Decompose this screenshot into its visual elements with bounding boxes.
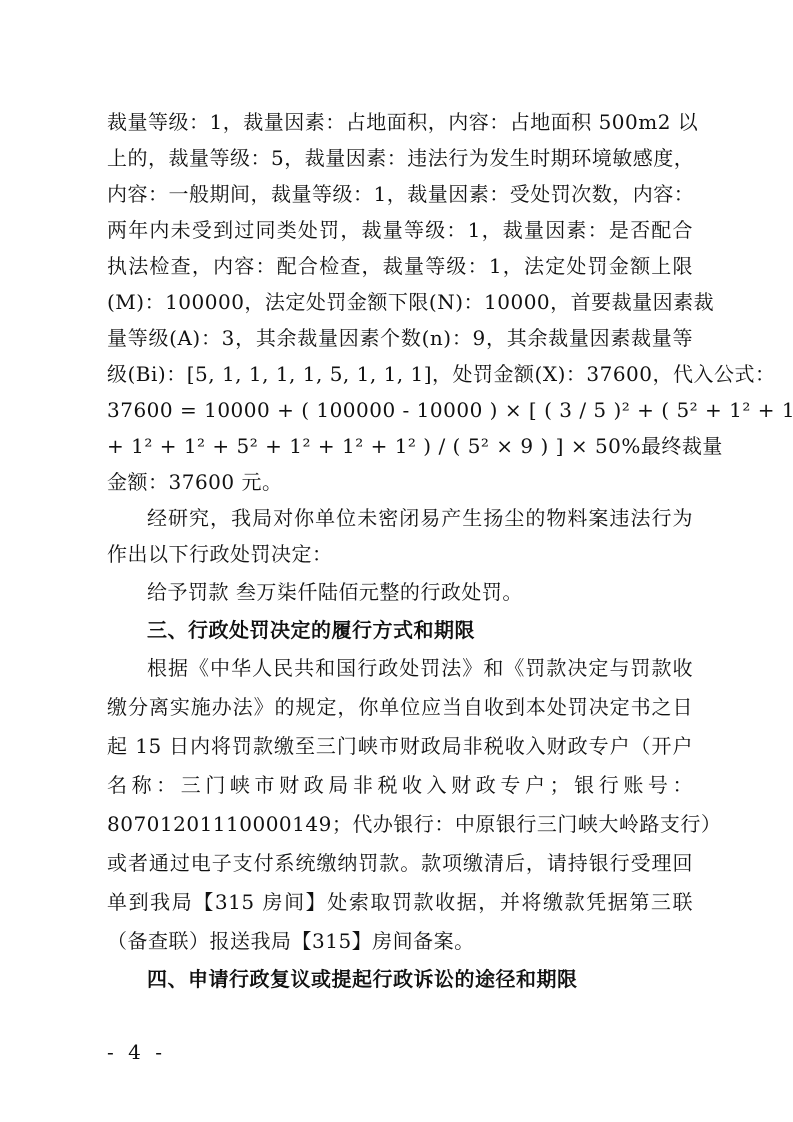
document-page: 裁量等级：1，裁量因素：占地面积，内容：占地面积 500m2 以 上的，裁量等级… bbox=[0, 0, 793, 1122]
decision-line: 作出以下行政处罚决定： bbox=[107, 542, 693, 566]
body-line: 两年内未受到过同类处罚，裁量等级：1，裁量因素：是否配合 bbox=[107, 218, 693, 242]
section-3-line: 单到我局【315 房间】处索取罚款收据，并将缴款凭据第三联 bbox=[107, 890, 693, 914]
page-number: - 4 - bbox=[107, 1040, 166, 1064]
body-line: 量等级(A)：3，其余裁量因素个数(n)：9，其余裁量因素裁量等 bbox=[107, 326, 693, 350]
body-line: (M)：100000，法定处罚金额下限(N)：10000，首要裁量因素裁 bbox=[107, 290, 693, 314]
body-line: 内容：一般期间，裁量等级：1，裁量因素：受处罚次数，内容： bbox=[107, 182, 693, 206]
formula-line: 37600 = 10000 + ( 100000 - 10000 ) × [ (… bbox=[107, 398, 693, 422]
section-3-line: 起 15 日内将罚款缴至三门峡市财政局非税收入财政专户（开户 bbox=[107, 734, 693, 758]
section-3-line: 缴分离实施办法》的规定，你单位应当自收到本处罚决定书之日 bbox=[107, 695, 693, 719]
formula-line: + 1² + 1² + 5² + 1² + 1² + 1² ) / ( 5² ×… bbox=[107, 434, 693, 458]
bank-account-line: 80701201110000149；代办银行：中原银行三门峡大岭路支行） bbox=[107, 812, 693, 836]
final-amount-line: 金额：37600 元。 bbox=[107, 470, 693, 494]
section-3-line: 或者通过电子支付系统缴纳罚款。款项缴清后，请持银行受理回 bbox=[107, 851, 693, 875]
body-line: 级(Bi)：[5, 1, 1, 1, 1, 5, 1, 1, 1]，处罚金额(X… bbox=[107, 362, 693, 386]
section-3-line: （备查联）报送我局【315】房间备案。 bbox=[107, 929, 693, 953]
body-line: 裁量等级：1，裁量因素：占地面积，内容：占地面积 500m2 以 bbox=[107, 110, 693, 134]
decision-line: 经研究，我局对你单位未密闭易产生扬尘的物料案违法行为 bbox=[147, 506, 693, 530]
body-line: 执法检查，内容：配合检查，裁量等级：1，法定处罚金额上限 bbox=[107, 254, 693, 278]
section-3-heading: 三、行政处罚决定的履行方式和期限 bbox=[147, 618, 693, 642]
section-3-line: 名称：三门峡市财政局非税收入财政专户；银行账号： bbox=[107, 773, 693, 797]
body-line: 上的，裁量等级：5，裁量因素：违法行为发生时期环境敏感度， bbox=[107, 146, 693, 170]
penalty-line: 给予罚款 叁万柒仟陆佰元整的行政处罚。 bbox=[147, 580, 693, 604]
section-3-line: 根据《中华人民共和国行政处罚法》和《罚款决定与罚款收 bbox=[147, 656, 693, 680]
section-4-heading: 四、申请行政复议或提起行政诉讼的途径和期限 bbox=[147, 967, 693, 991]
